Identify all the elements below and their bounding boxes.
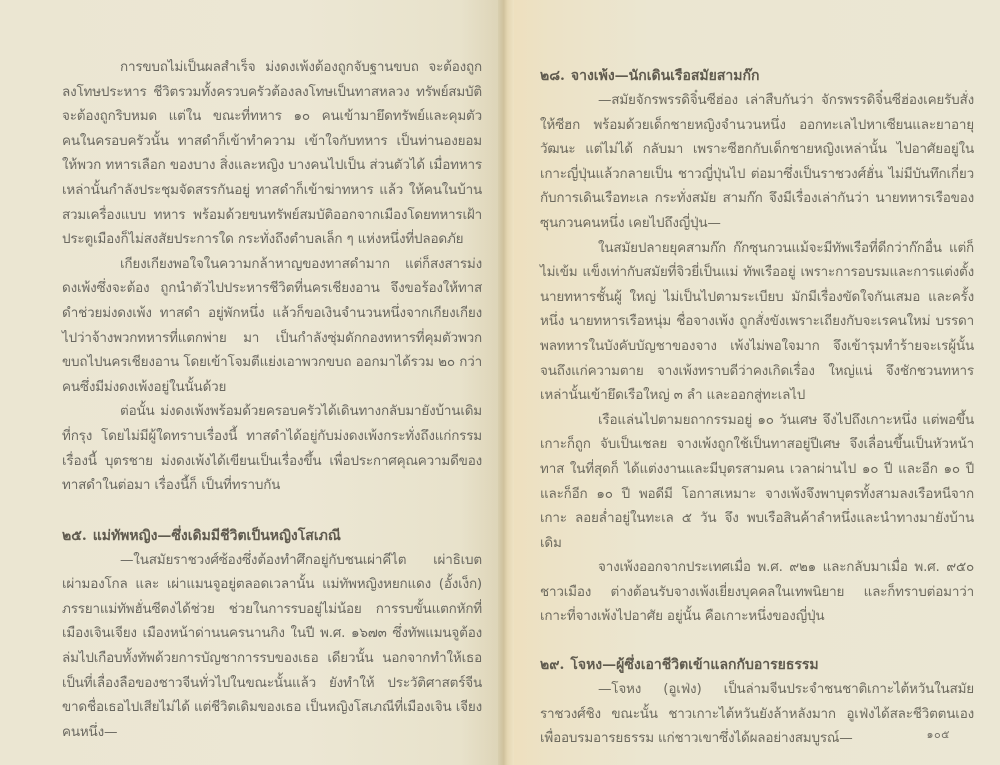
paragraph: —โจหง (อูเฟ่ง) เป็นล่ามจีนประจำชนชาติเกา… bbox=[540, 677, 974, 751]
section-heading-28: ๒๘.จางเพ้ง—นักเดินเรือสมัยสามก๊ก bbox=[540, 64, 974, 88]
section-number: ๒๕. bbox=[62, 528, 87, 544]
section-spacer bbox=[62, 498, 482, 524]
book-gutter bbox=[498, 0, 514, 765]
paragraph: —สมัยจักรพรรดิจิ๋นซีฮ่อง เล่าสืบกันว่า จ… bbox=[540, 88, 974, 236]
paragraph: การขบถไม่เป็นผลสำเร็จ ม่งดงเพ้งต้องถูกจั… bbox=[62, 55, 482, 252]
paragraph: —ในสมัยราชวงศ์ซ้องซึ่งต้องทำศึกอยู่กับชน… bbox=[62, 548, 482, 745]
section-title: จางเพ้ง—นักเดินเรือสมัยสามก๊ก bbox=[571, 68, 760, 84]
section-heading-29: ๒๙.โจหง—ผู้ซึ่งเอาชีวิตเข้าแลกกับอารยธรร… bbox=[540, 653, 974, 677]
paragraph: ต่อนั้น ม่งดงเพ้งพร้อมด้วยครอบครัวได้เดิ… bbox=[62, 399, 482, 497]
section-heading-25: ๒๕.แม่ทัพหญิง—ซึ่งเดิมมีชีวิตเป็นหญิงโสเ… bbox=[62, 524, 482, 548]
left-page: การขบถไม่เป็นผลสำเร็จ ม่งดงเพ้งต้องถูกจั… bbox=[0, 0, 500, 765]
book-spread: การขบถไม่เป็นผลสำเร็จ ม่งดงเพ้งต้องถูกจั… bbox=[0, 0, 1000, 765]
paragraph: จางเพ้งออกจากประเทศเมื่อ พ.ศ. ๙๒๑ และกลั… bbox=[540, 555, 974, 629]
page-number: ๑๐๕ bbox=[926, 725, 950, 743]
section-number: ๒๘. bbox=[540, 68, 565, 84]
section-spacer bbox=[540, 629, 974, 653]
left-page-body: การขบถไม่เป็นผลสำเร็จ ม่งดงเพ้งต้องถูกจั… bbox=[62, 55, 482, 744]
section-title: แม่ทัพหญิง—ซึ่งเดิมมีชีวิตเป็นหญิงโสเภณี bbox=[93, 528, 341, 544]
paragraph: เกียงเกียงพอใจในความกล้าหาญของทาสดำมาก แ… bbox=[62, 252, 482, 400]
paragraph: เรือแล่นไปตามยถากรรมอยู่ ๑๐ วันเศษ จึงไป… bbox=[540, 408, 974, 556]
right-page: ๒๘.จางเพ้ง—นักเดินเรือสมัยสามก๊ก —สมัยจั… bbox=[500, 0, 1000, 765]
section-title: โจหง—ผู้ซึ่งเอาชีวิตเข้าแลกกับอารยธรรม bbox=[570, 657, 818, 673]
section-number: ๒๙. bbox=[540, 657, 564, 673]
paragraph: ในสมัยปลายยุคสามก๊ก ก๊กซุนกวนแม้จะมีทัพเ… bbox=[540, 236, 974, 408]
